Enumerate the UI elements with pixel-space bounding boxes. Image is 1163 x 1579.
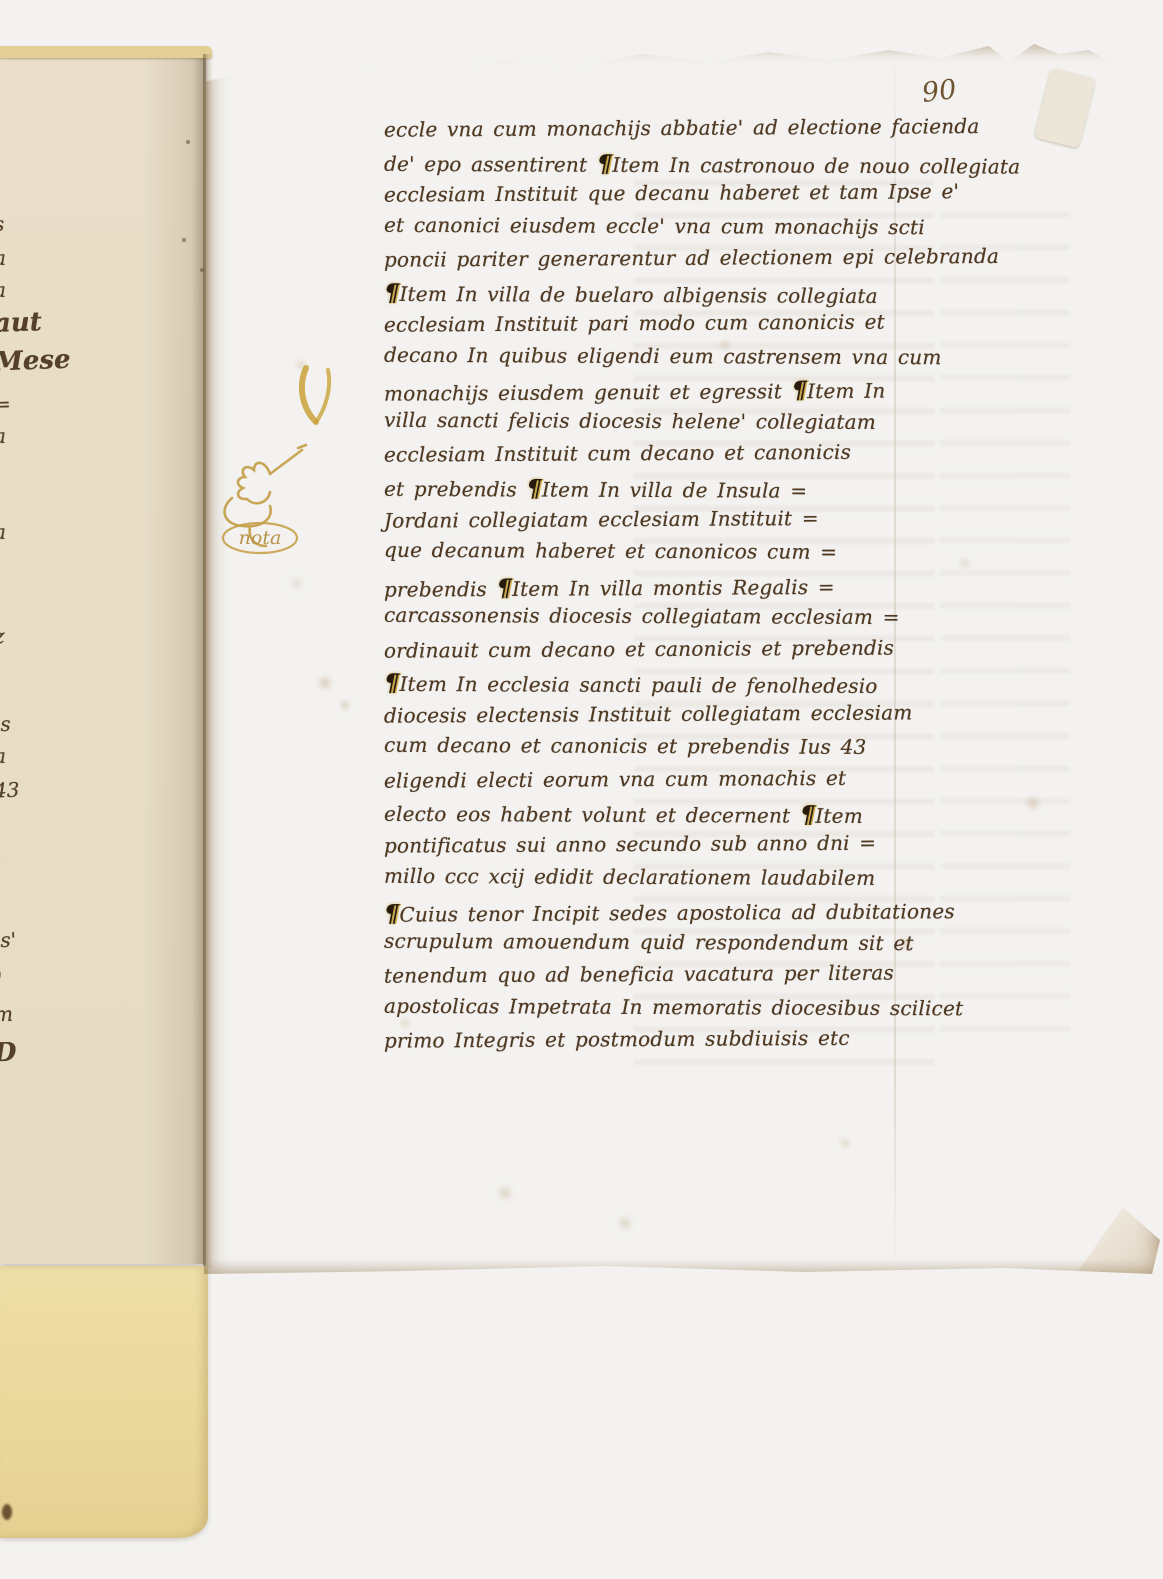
- text-line: monachijs eiusdem genuit et egressit ¶It…: [384, 375, 929, 411]
- ink-spot: [2, 1504, 12, 1520]
- text-line: eligendi electi eorum vna cum monachis e…: [384, 765, 929, 801]
- text-fragment: aut: [0, 307, 42, 339]
- text-line: ¶Cuius tenor Incipit sedes apostolica ad…: [384, 895, 929, 931]
- gold-paraph-flourish: [296, 364, 340, 428]
- text-line: ¶Item In ecclesia sancti pauli de fenolh…: [384, 668, 929, 703]
- left-page-fragments: saaautMese=aa'zisa43-.is')mD: [0, 54, 60, 1264]
- under-leaf-sliver: [0, 46, 212, 58]
- text-line: Jordani collegiatam ecclesiam Instituit …: [384, 505, 929, 541]
- paraph-mark: ¶: [526, 473, 542, 502]
- flyleaf: [0, 1266, 208, 1538]
- left-page-crease: [148, 54, 151, 1264]
- paraph-mark: ¶: [496, 573, 512, 602]
- text-fragment: is: [0, 712, 11, 737]
- text-line: eccle vna cum monachijs abbatie' ad elec…: [384, 114, 929, 150]
- text-fragment: Mese: [0, 345, 71, 378]
- text-line: ordinauit cum decano et canonicis et pre…: [384, 635, 929, 671]
- paraph-mark: ¶: [384, 278, 400, 307]
- text-fragment: a: [0, 424, 6, 448]
- folio-number: 90: [920, 74, 958, 109]
- text-fragment: .: [0, 898, 1, 922]
- foxing-spots: [204, 42, 206, 44]
- show-through-text: [940, 192, 1070, 1032]
- text-fragment: -: [0, 850, 1, 874]
- manicule-icon: nota: [210, 434, 314, 556]
- text-line: tenendum quo ad beneficia vacatura per l…: [384, 961, 929, 997]
- text-line: ecclesiam Instituit cum decano et canoni…: [384, 440, 929, 476]
- paraph-mark: ¶: [384, 899, 400, 928]
- text-line: et prebendis ¶Item In villa de Insula =: [384, 473, 929, 508]
- paraph-mark: ¶: [792, 375, 808, 404]
- text-line: et canonici eiusdem eccle' vna cum monac…: [384, 212, 929, 247]
- text-line: millo ccc xcij edidit declarationem laud…: [384, 863, 929, 898]
- text-line: diocesis electensis Instituit collegiata…: [384, 700, 929, 736]
- paraph-mark: ¶: [597, 148, 613, 177]
- margin-note: nota: [210, 434, 314, 556]
- text-line: villa sancti felicis diocesis helene' co…: [384, 408, 929, 443]
- text-fragment: s: [0, 212, 5, 236]
- text-line: de' epo assentirent ¶Item In castronouo …: [384, 147, 929, 182]
- text-line: cum decano et canonicis et prebendis Ius…: [384, 733, 929, 768]
- previous-leaf-edge: saaautMese=aa'zisa43-.is')mD: [0, 54, 206, 1264]
- text-fragment: =: [0, 392, 11, 417]
- text-line: apostolicas Impetrata In memoratis dioce…: [384, 994, 929, 1029]
- stitch-hole: [186, 140, 190, 144]
- text-fragment: a: [0, 744, 6, 768]
- text-fragment: a: [0, 246, 6, 270]
- text-line: decano In quibus eligendi eum castrensem…: [384, 343, 929, 378]
- text-block: eccle vna cum monachijs abbatie' ad elec…: [384, 116, 929, 1060]
- manuscript-scan: saaautMese=aa'zisa43-.is')mD 90: [0, 0, 1163, 1579]
- nota-label: nota: [239, 527, 282, 549]
- text-fragment: ): [0, 964, 2, 988]
- paraph-mark: ¶: [800, 800, 816, 829]
- text-line: que decanum haberet et canonicos cum =: [384, 538, 929, 573]
- text-fragment: z: [0, 624, 5, 648]
- torn-edge-chip: [1034, 68, 1096, 149]
- text-fragment: m: [0, 1002, 13, 1027]
- text-fragment: D: [0, 1038, 17, 1069]
- text-line: prebendis ¶Item In villa montis Regalis …: [384, 570, 929, 606]
- text-fragment: is': [0, 928, 17, 953]
- text-fragment: 43: [0, 778, 20, 803]
- text-line: pontificatus sui anno secundo sub anno d…: [384, 830, 929, 866]
- stitch-hole: [182, 238, 186, 242]
- text-line: scrupulum amouendum quid respondendum si…: [384, 928, 929, 963]
- paraph-mark: ¶: [384, 668, 400, 697]
- text-fragment: a: [0, 520, 6, 544]
- text-line: carcassonensis diocesis collegiatam eccl…: [384, 603, 929, 638]
- text-line: electo eos habent volunt et decernent ¶I…: [384, 798, 929, 833]
- text-line: ¶Item In villa de buelaro albigensis col…: [384, 278, 929, 313]
- manuscript-page: 90 nota eccle vna cum: [204, 42, 1160, 1274]
- text-fragment: a: [0, 278, 6, 302]
- text-line: primo Integris et postmodum subdiuisis e…: [384, 1026, 929, 1062]
- text-line: ecclesiam Instituit pari modo cum canoni…: [384, 310, 929, 346]
- text-line: ecclesiam Instituit que decanu haberet e…: [384, 179, 929, 215]
- text-line: poncii pariter generarentur ad electione…: [384, 245, 929, 281]
- corner-fold: [1076, 1154, 1160, 1274]
